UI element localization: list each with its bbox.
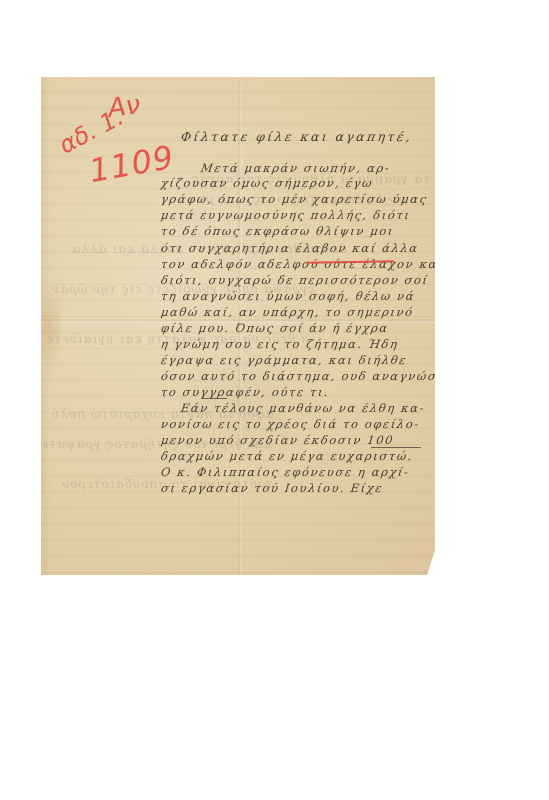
letter-page: καί τα γράμματα ήλθον εις τας αρχάς αν δ… [41, 77, 435, 575]
letter-line: όσον αυτό το διάστημα, ουδ αναγνώσε [160, 369, 446, 383]
letter-line: η γνώμη σου εις το ζήτημα. Ήδη [160, 337, 400, 351]
letter-line: το δέ όπως εκφράσω θλίψιν μοι [160, 224, 395, 238]
letter-line: δραχμών μετά εν μέγα ευχαριστώ. [160, 449, 414, 463]
letter-line: Μετά μακράν σιωπήν, αρ- [200, 161, 391, 175]
letter-line: νονίσω εις το χρέος διά το οφείλο- [160, 417, 421, 431]
ink-underline [371, 447, 421, 448]
letter-line: διότι, συγχαρώ δε περισσότερον σοί [160, 273, 430, 287]
letter-line: σι εργασίαν τού Ιουλίου. Είχε [160, 481, 384, 495]
letter-line: τον αδελφόν αδελφού ούτε έλαχον κατά [160, 257, 456, 271]
letter-line: φίλε μου. Όπως σοί άν ή έγχρα [160, 321, 390, 335]
letter-line: μενον υπό σχεδίαν έκδοσιν 100 [160, 433, 395, 447]
letter-greeting: Φίλτατε φίλε και αγαπητέ, [180, 129, 414, 144]
letter-line: Ο κ. Φιλιππαίος εφόνευσε η αρχί- [160, 465, 411, 479]
letter-line: Εάν τέλους μανθάνω να έλθη κα- [180, 401, 426, 415]
letter-line: τη αναγνώσει ύμων σοφή, θέλω νά [160, 289, 416, 303]
ink-underline [201, 398, 227, 399]
letter-line: μετά ευγνωμοσύνης πολλής, διότι [160, 208, 412, 222]
letter-line: γράφω, όπως το μέν χαιρετίσω ύμας [160, 192, 429, 206]
letter-line: χίζουσαν όμως σήμερον, έγω [160, 176, 374, 190]
letter-line: μαθώ καί, αν υπάρχη, το σημερινό [160, 305, 415, 319]
letter-line: έγραψα εις γράμματα, και διήλθε [160, 353, 408, 367]
age-stain [37, 282, 63, 372]
letter-line: το συγγραφέν, ούτε τι. [160, 385, 330, 399]
letter-line: ότι συγχαρητήρια έλαβον καί άλλα [160, 241, 420, 255]
red-annotation-initials: Αν [106, 90, 142, 124]
